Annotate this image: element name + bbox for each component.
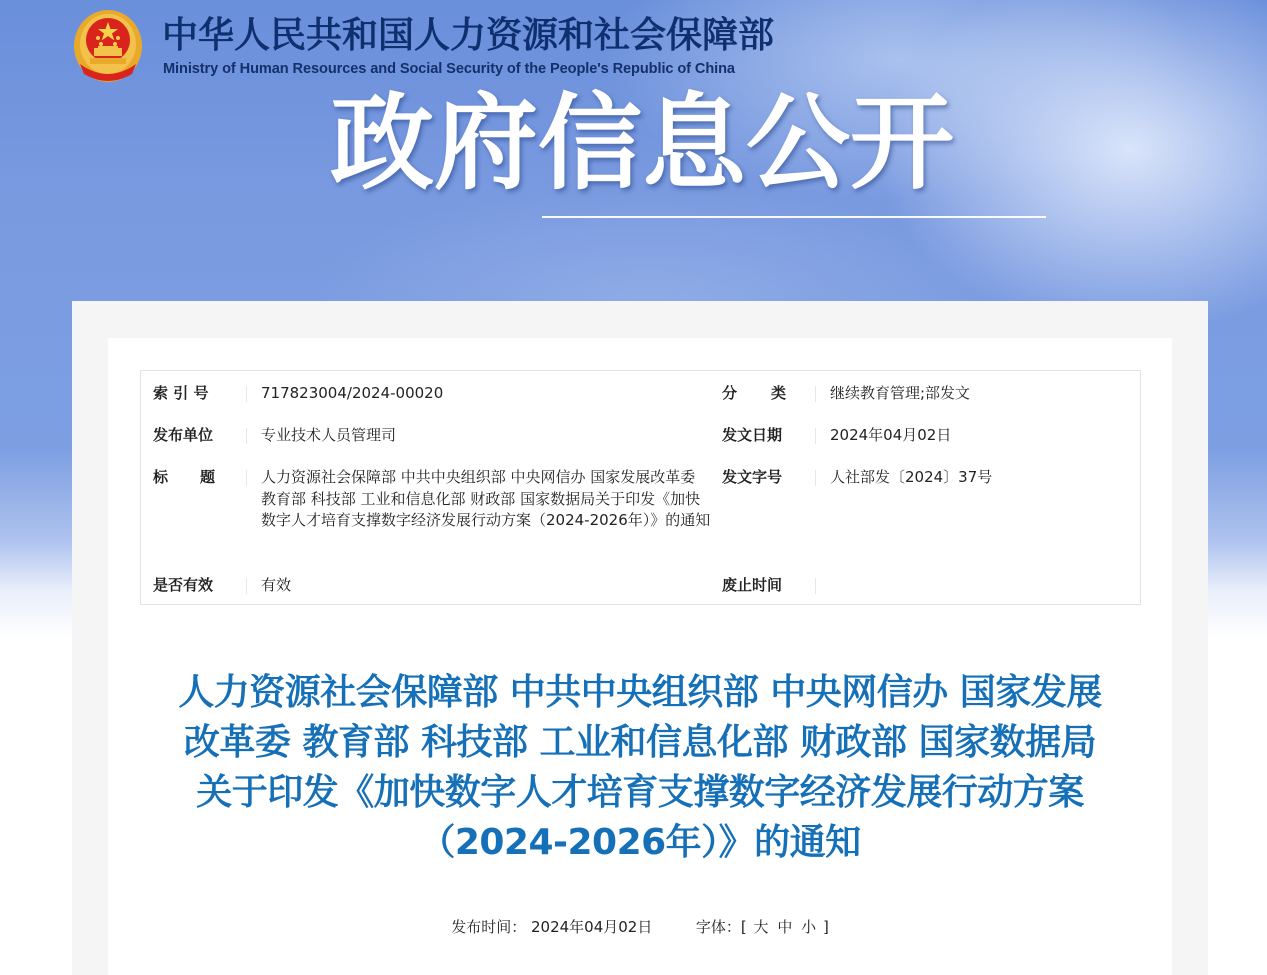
meta-expiry-date: 废止时间 (722, 575, 1122, 595)
meta-category: 分类 继续教育管理;部发文 (722, 383, 1122, 403)
document-title-line: （2024-2026年）》的通知 (140, 818, 1140, 868)
meta-label: 发布单位 (153, 425, 233, 445)
meta-title: 标题 人力资源社会保障部 中共中央组织部 中央网信办 国家发展改革委 教育部 科… (153, 467, 713, 532)
meta-value: 人社部发〔2024〕37号 (830, 467, 992, 487)
font-size-label: 字体：[ (696, 918, 747, 936)
font-size-large-button[interactable]: 大 (752, 918, 771, 936)
document-title: 人力资源社会保障部 中共中央组织部 中央网信办 国家发展 改革委 教育部 科技部… (140, 668, 1140, 868)
meta-label: 发文日期 (722, 425, 802, 445)
publish-info-bar: 发布时间： 2024年04月02日 字体：[ 大 中 小 ] (140, 916, 1140, 937)
meta-label: 索 引 号 (153, 383, 233, 403)
meta-value: 人力资源社会保障部 中共中央组织部 中央网信办 国家发展改革委 教育部 科技部 … (261, 467, 713, 532)
publish-time-label: 发布时间： (451, 918, 526, 936)
national-emblem-icon (72, 8, 144, 84)
meta-document-number: 发文字号 人社部发〔2024〕37号 (722, 467, 1122, 487)
meta-value: 2024年04月02日 (830, 425, 951, 445)
ministry-name-cn: 中华人民共和国人力资源和社会保障部 (162, 14, 774, 58)
banner-divider (542, 216, 1046, 218)
document-title-line: 改革委 教育部 科技部 工业和信息化部 财政部 国家数据局 (140, 718, 1140, 768)
banner-title: 政府信息公开 (330, 88, 954, 198)
font-size-medium-button[interactable]: 中 (775, 918, 794, 936)
ministry-name-en: Ministry of Human Resources and Social S… (163, 61, 735, 77)
meta-index-number: 索 引 号 717823004/2024-00020 (153, 383, 713, 403)
document-title-line: 人力资源社会保障部 中共中央组织部 中央网信办 国家发展 (140, 668, 1140, 718)
meta-value: 717823004/2024-00020 (261, 383, 443, 403)
font-size-small-button[interactable]: 小 (799, 918, 818, 936)
meta-label: 标题 (153, 467, 233, 532)
meta-value: 继续教育管理;部发文 (830, 383, 970, 403)
meta-label: 是否有效 (153, 575, 233, 595)
meta-validity: 是否有效 有效 (153, 575, 713, 595)
document-metadata-table: 索 引 号 717823004/2024-00020 发布单位 专业技术人员管理… (140, 370, 1141, 605)
site-header: 中华人民共和国人力资源和社会保障部 Ministry of Human Reso… (0, 0, 1267, 300)
document-title-line: 关于印发《加快数字人才培育支撑数字经济发展行动方案 (140, 768, 1140, 818)
meta-label: 废止时间 (722, 575, 802, 595)
meta-label: 发文字号 (722, 467, 802, 487)
font-size-bracket-close: ] (823, 918, 829, 936)
meta-label: 分类 (722, 383, 802, 403)
meta-issue-date: 发文日期 2024年04月02日 (722, 425, 1122, 445)
meta-publisher: 发布单位 专业技术人员管理司 (153, 425, 713, 445)
publish-time-value: 2024年04月02日 (531, 918, 652, 936)
meta-value: 专业技术人员管理司 (261, 425, 396, 445)
meta-value: 有效 (261, 575, 291, 595)
